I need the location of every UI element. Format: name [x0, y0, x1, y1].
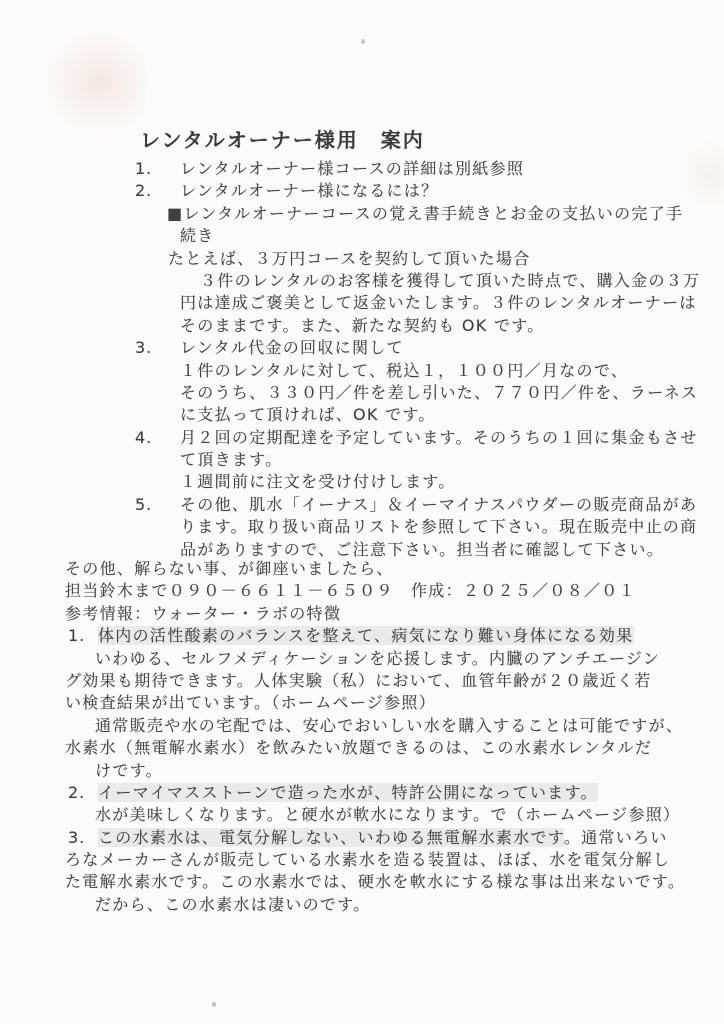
text-line: 3.レンタル代金の回収に関して [135, 337, 675, 359]
text-line: １件のレンタルに対して、税込１，１００円／月なので、 [135, 360, 675, 382]
text-line: 4.月２回の定期配達を予定しています。そのうちの１回に集金もさせ [135, 427, 675, 449]
scan-smudge [42, 28, 147, 128]
text-line: 3.この水素水は、電気分解しない、いわゆる無電解水素水です。通常いろい [65, 827, 705, 849]
list-number: 2. [68, 782, 98, 804]
list-number: 1. [135, 158, 180, 180]
text-line: に支払って頂ければ、OK です。 [135, 404, 675, 426]
text-line: 参考情報：ウォーター・ラボの特徴 [65, 603, 705, 625]
text-line: 5.その他、肌水「イーナス」＆イーマイナスパウダーの販売商品があ [135, 494, 675, 516]
line-text: けです。 [95, 761, 163, 780]
text-line: その他、解らない事、が御座いましたら、 [65, 558, 705, 580]
line-text: いわゆる、セルフメディケーションを応援します。内臓のアンチエージン [95, 649, 660, 668]
text-line: 続き [135, 225, 675, 247]
scan-smudge [680, 140, 724, 210]
line-text: だから、この水素水は凄いのです。 [95, 895, 371, 914]
line-text: そのままです。また、新たな契約も OK です。 [180, 316, 545, 335]
list-number: 4. [135, 427, 180, 449]
text-line: いわゆる、セルフメディケーションを応援します。内臓のアンチエージン [65, 648, 705, 670]
document-page: レンタルオーナー様用 案内 1.レンタルオーナー様コースの詳細は別紙参照 2.レ… [0, 0, 724, 1024]
highlighted-text: この水素水は、電気分解しない、いわゆる無電解水素水です [98, 828, 564, 847]
line-text: 月２回の定期配達を予定しています。そのうちの１回に集金もさせ [180, 428, 698, 447]
text-line: た電解水素水です。この水素水では、硬水を軟水にする様な事は出来ないです。 [65, 871, 705, 893]
contact-line: 担当鈴木まで０９０－６６１１－６５０９ 作成：２０２５／０８／０１ [65, 581, 636, 600]
line-text: レンタルオーナー様コースの詳細は別紙参照 [180, 159, 524, 178]
text-line: そのままです。また、新たな契約も OK です。 [135, 315, 675, 337]
page-title: レンタルオーナー様用 案内 [140, 124, 425, 153]
main-list-section: 1.レンタルオーナー様コースの詳細は別紙参照 2.レンタルオーナー様になるには？… [135, 158, 675, 561]
scan-speck [212, 1002, 216, 1007]
text-line: ります。取り扱い商品リストを参照して下さい。現在販売中止の商 [135, 516, 675, 538]
reference-info-section: その他、解らない事、が御座いましたら、 担当鈴木まで０９０－６６１１－６５０９ … [65, 558, 705, 916]
line-text: １件のレンタルに対して、税込１，１００円／月なので、 [180, 361, 628, 380]
line-text: レンタル代金の回収に関して [180, 338, 404, 357]
line-text: 水素水（無電解水素水）を飲みたい放題できるのは、この水素水レンタルだ [65, 738, 652, 757]
line-text: ３件のレンタルのお客様を獲得して頂いた時点で、購入金の３万 [200, 271, 700, 290]
line-text: て頂きます。 [180, 450, 283, 469]
list-number: 2. [135, 180, 180, 202]
line-text: 参考情報：ウォーター・ラボの特徴 [65, 604, 341, 623]
line-text: 通常販売や水の宅配では、安心でおいしい水を購入することは可能ですが、 [95, 716, 683, 735]
line-text: 円は達成ご褒美として返金いたします。３件のレンタルオーナーは [180, 293, 697, 312]
text-line: そのうち、３３０円／件を差し引いた、７７０円／件を、ラーネス [135, 382, 675, 404]
list-number: 1. [68, 625, 98, 647]
line-text: ■レンタルオーナーコースの覚え書手続きとお金の支払いの完了手 [167, 204, 683, 223]
line-text: たとえば、３万円コースを契約して頂いた場合 [168, 249, 531, 268]
highlighted-text: イーマイマスストーンで造った水が、特許公開になっています。 [98, 783, 598, 802]
text-line: 円は達成ご褒美として返金いたします。３件のレンタルオーナーは [135, 292, 675, 314]
line-text: 水が美味しくなります。と硬水が軟水になります。で（ホームページ参照） [95, 805, 680, 824]
text-line: ろなメーカーさんが販売している水素水を造る装置は、ほぼ、水を電気分解し [65, 849, 705, 871]
line-text: 続き [180, 226, 215, 245]
line-text: 品がありますので、ご注意下さい。担当者に確認して下さい。 [180, 540, 664, 559]
text-line: い検査結果が出ています。（ホームページ参照） [65, 692, 705, 714]
line-text: 。通常いろい [564, 828, 668, 847]
text-line: 2.イーマイマスストーンで造った水が、特許公開になっています。 [65, 782, 705, 804]
text-line: 2.レンタルオーナー様になるには？ [135, 180, 675, 202]
list-number: 3. [68, 827, 98, 849]
list-number: 5. [135, 494, 180, 516]
line-text: ろなメーカーさんが販売している水素水を造る装置は、ほぼ、水を電気分解し [65, 850, 670, 869]
line-text: １週間前に注文を受け付けします。 [180, 472, 456, 491]
text-line: １週間前に注文を受け付けします。 [135, 471, 675, 493]
text-line: 1.レンタルオーナー様コースの詳細は別紙参照 [135, 158, 675, 180]
text-line: だから、この水素水は凄いのです。 [65, 894, 705, 916]
text-line: グ効果も期待できます。人体実験（私）において、血管年齢が２０歳近く若 [65, 670, 705, 692]
text-line: て頂きます。 [135, 449, 675, 471]
text-line: ３件のレンタルのお客様を獲得して頂いた時点で、購入金の３万 [135, 270, 675, 292]
text-line: 担当鈴木まで０９０－６６１１－６５０９ 作成：２０２５／０８／０１ [65, 580, 705, 602]
line-text: その他、解らない事、が御座いましたら、 [65, 559, 394, 578]
line-text: グ効果も期待できます。人体実験（私）において、血管年齢が２０歳近く若 [65, 671, 652, 690]
text-line: たとえば、３万円コースを契約して頂いた場合 [135, 248, 675, 270]
text-line: ■レンタルオーナーコースの覚え書手続きとお金の支払いの完了手 [135, 203, 675, 225]
text-line: 1.体内の活性酸素のバランスを整えて、病気になり難い身体になる効果 [65, 625, 705, 647]
line-text: い検査結果が出ています。（ホームページ参照） [65, 693, 436, 712]
text-line: けです。 [65, 760, 705, 782]
text-line: 水が美味しくなります。と硬水が軟水になります。で（ホームページ参照） [65, 804, 705, 826]
line-text: レンタルオーナー様になるには？ [180, 181, 438, 200]
line-text: ります。取り扱い商品リストを参照して下さい。現在販売中止の商 [180, 517, 697, 536]
list-number: 3. [135, 337, 180, 359]
line-text: た電解水素水です。この水素水では、硬水を軟水にする様な事は出来ないです。 [65, 872, 685, 891]
scan-speck [361, 39, 365, 44]
highlighted-text: 体内の活性酸素のバランスを整えて、病気になり難い身体になる効果 [98, 626, 634, 645]
line-text: に支払って頂ければ、OK です。 [180, 405, 436, 424]
line-text: そのうち、３３０円／件を差し引いた、７７０円／件を、ラーネス [180, 383, 698, 402]
text-line: 水素水（無電解水素水）を飲みたい放題できるのは、この水素水レンタルだ [65, 737, 705, 759]
text-line: 通常販売や水の宅配では、安心でおいしい水を購入することは可能ですが、 [65, 715, 705, 737]
line-text: その他、肌水「イーナス」＆イーマイナスパウダーの販売商品があ [180, 495, 697, 514]
